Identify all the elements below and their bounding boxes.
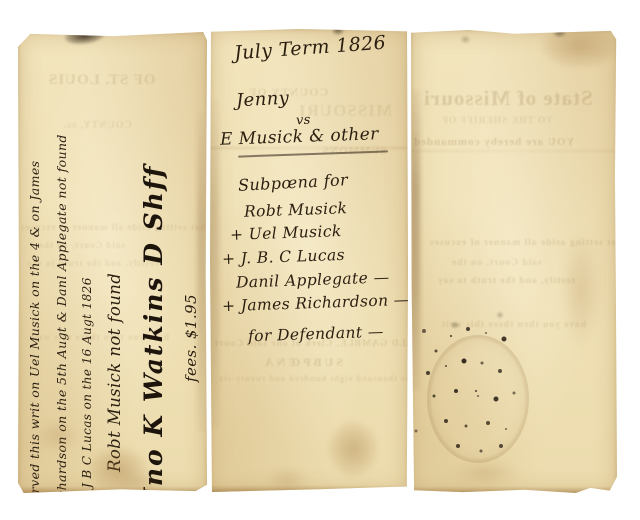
ink-mark	[497, 312, 503, 318]
ink-mark	[451, 322, 459, 328]
case-caption-panel: COUNTY OF MISSOURI SUMMONS ARCHIBALD GAM…	[210, 29, 408, 492]
sheriff-signature: Jno K Watkins D Shff	[131, 60, 177, 493]
bleedthrough-text: one thousand eight hundred and twenty-si…	[218, 373, 408, 383]
form-back-panel: State of Missouri TO THE SHERIFF OF YOU …	[411, 30, 617, 493]
paper-edge-shadow	[210, 485, 408, 492]
stain	[328, 421, 378, 477]
stain	[36, 420, 80, 452]
fold-crease	[210, 99, 219, 429]
bleedthrough-text: testify, and the truth to say	[437, 276, 575, 286]
paper-edge-shadow	[18, 486, 207, 493]
embossed-seal	[427, 335, 529, 463]
document-scan: OF ST. LOUIS COUNTY, ss. that setting as…	[0, 0, 640, 520]
bleedthrough-text: TO THE SHERIFF OF	[441, 116, 553, 126]
ink-smudge	[63, 32, 107, 47]
ink-spatter	[475, 390, 477, 392]
fold-crease	[197, 112, 206, 432]
bleedthrough-text: State of Missouri	[423, 86, 593, 111]
witness-name: Robt Musick	[244, 199, 348, 221]
witness-name: + James Richardson —	[222, 291, 408, 316]
bleedthrough-text: said Court, on the	[451, 258, 542, 268]
witness-name: + Uel Musick	[230, 222, 342, 244]
bleedthrough-text: SUBPŒNA	[262, 355, 343, 370]
subpoena-heading: Subpœna for	[238, 170, 349, 195]
bleedthrough-text: YOU are hereby commanded	[413, 136, 574, 148]
fold-crease-stain	[411, 90, 420, 390]
handwritten-line: Robt Musick not found	[99, 60, 131, 493]
handwritten-line: on J B C Lucas on the 16 Augt 1826	[75, 60, 99, 493]
plaintiff-name: Jenny	[235, 88, 289, 112]
bleedthrough-text: MISSOURI	[298, 101, 392, 121]
witness-name: Danil Applegate —	[236, 268, 390, 291]
stain	[451, 460, 521, 486]
stain	[561, 230, 601, 350]
sheriff-return-panel: OF ST. LOUIS COUNTY, ss. that setting as…	[18, 32, 207, 493]
witness-name: + J. B. C Lucas	[222, 246, 346, 268]
fold-crease	[411, 150, 617, 152]
stain	[541, 30, 617, 68]
ink-mark	[461, 36, 470, 43]
term-line: July Term 1826	[233, 32, 386, 65]
paper-edge-shadow	[411, 486, 617, 493]
